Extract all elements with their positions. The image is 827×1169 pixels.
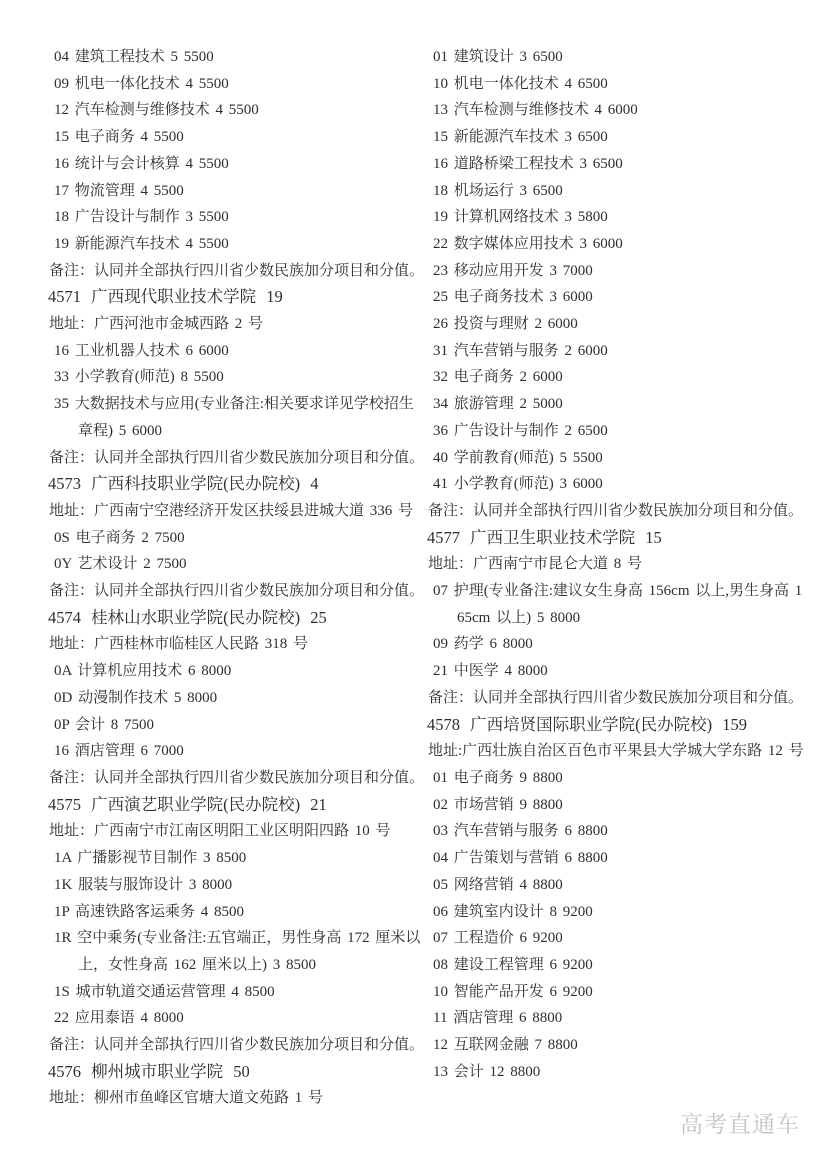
- major-line: 02 市场营销 9 8800: [427, 792, 806, 819]
- major-line: 16 酒店管理 6 7000: [48, 738, 427, 765]
- major-line: 13 汽车检测与维修技术 4 6000: [427, 97, 806, 124]
- major-line: 07 工程造价 6 9200: [427, 925, 806, 952]
- major-line: 09 药学 6 8000: [427, 631, 806, 658]
- major-line: 22 数字媒体应用技术 3 6000: [427, 231, 806, 258]
- watermark-gaokao-zhitongche: 高考直通车: [680, 1112, 800, 1138]
- major-line: 07 护理(专业备注:建议女生身高 156cm 以上,男生身高 165cm 以上…: [427, 578, 806, 631]
- school-heading: 4575 广西演艺职业学院(民办院校) 21: [48, 792, 427, 819]
- major-line: 0Y 艺术设计 2 7500: [48, 551, 427, 578]
- major-line: 35 大数据技术与应用(专业备注:相关要求详见学校招生章程) 5 6000: [48, 391, 427, 444]
- major-line: 15 新能源汽车技术 3 6500: [427, 124, 806, 151]
- major-line: 1K 服装与服饰设计 3 8000: [48, 872, 427, 899]
- major-line: 22 应用泰语 4 8000: [48, 1005, 427, 1032]
- major-line: 31 汽车营销与服务 2 6000: [427, 338, 806, 365]
- major-line: 33 小学教育(师范) 8 5500: [48, 364, 427, 391]
- address-line: 地址：广西南宁市昆仑大道 8 号: [427, 551, 806, 578]
- major-line: 40 学前教育(师范) 5 5500: [427, 445, 806, 472]
- major-line: 25 电子商务技术 3 6000: [427, 284, 806, 311]
- major-line: 23 移动应用开发 3 7000: [427, 258, 806, 285]
- major-line: 04 广告策划与营销 6 8800: [427, 845, 806, 872]
- major-line: 19 新能源汽车技术 4 5500: [48, 231, 427, 258]
- remark-line: 备注：认同并全部执行四川省少数民族加分项目和分值。: [427, 498, 806, 525]
- major-line: 26 投资与理财 2 6000: [427, 311, 806, 338]
- admission-plan-page: 04 建筑工程技术 5 550009 机电一体化技术 4 550012 汽车检测…: [0, 0, 827, 1169]
- major-line: 21 中医学 4 8000: [427, 658, 806, 685]
- major-line: 05 网络营销 4 8800: [427, 872, 806, 899]
- major-line: 32 电子商务 2 6000: [427, 364, 806, 391]
- remark-line: 备注：认同并全部执行四川省少数民族加分项目和分值。: [48, 578, 427, 605]
- major-line: 1A 广播影视节目制作 3 8500: [48, 845, 427, 872]
- school-heading: 4574 桂林山水职业学院(民办院校) 25: [48, 605, 427, 632]
- major-line: 0A 计算机应用技术 6 8000: [48, 658, 427, 685]
- major-line: 03 汽车营销与服务 6 8800: [427, 818, 806, 845]
- major-line: 11 酒店管理 6 8800: [427, 1005, 806, 1032]
- major-line: 13 会计 12 8800: [427, 1059, 806, 1086]
- major-line: 16 道路桥梁工程技术 3 6500: [427, 151, 806, 178]
- major-line: 0P 会计 8 7500: [48, 712, 427, 739]
- major-line: 1P 高速铁路客运乘务 4 8500: [48, 899, 427, 926]
- address-line: 地址：广西桂林市临桂区人民路 318 号: [48, 631, 427, 658]
- major-line: 12 汽车检测与维修技术 4 5500: [48, 97, 427, 124]
- address-line: 地址：广西南宁市江南区明阳工业区明阳四路 10 号: [48, 818, 427, 845]
- major-line: 16 统计与会计核算 4 5500: [48, 151, 427, 178]
- major-line: 10 智能产品开发 6 9200: [427, 979, 806, 1006]
- major-line: 19 计算机网络技术 3 5800: [427, 204, 806, 231]
- major-line: 12 互联网金融 7 8800: [427, 1032, 806, 1059]
- major-line: 36 广告设计与制作 2 6500: [427, 418, 806, 445]
- address-line: 地址：柳州市鱼峰区官塘大道文苑路 1 号: [48, 1085, 427, 1112]
- major-line: 06 建筑室内设计 8 9200: [427, 899, 806, 926]
- major-line: 17 物流管理 4 5500: [48, 178, 427, 205]
- remark-line: 备注：认同并全部执行四川省少数民族加分项目和分值。: [48, 1032, 427, 1059]
- major-line: 18 广告设计与制作 3 5500: [48, 204, 427, 231]
- remark-line: 备注：认同并全部执行四川省少数民族加分项目和分值。: [48, 765, 427, 792]
- address-line: 地址:广西壮族自治区百色市平果县大学城大学东路 12 号: [427, 738, 806, 765]
- remark-line: 备注：认同并全部执行四川省少数民族加分项目和分值。: [48, 258, 427, 285]
- school-heading: 4573 广西科技职业学院(民办院校) 4: [48, 471, 427, 498]
- major-line: 41 小学教育(师范) 3 6000: [427, 471, 806, 498]
- remark-line: 备注：认同并全部执行四川省少数民族加分项目和分值。: [427, 685, 806, 712]
- address-line: 地址：广西河池市金城西路 2 号: [48, 311, 427, 338]
- major-line: 10 机电一体化技术 4 6500: [427, 71, 806, 98]
- remark-line: 备注：认同并全部执行四川省少数民族加分项目和分值。: [48, 445, 427, 472]
- major-line: 0S 电子商务 2 7500: [48, 525, 427, 552]
- major-line: 16 工业机器人技术 6 6000: [48, 338, 427, 365]
- major-line: 04 建筑工程技术 5 5500: [48, 44, 427, 71]
- major-line: 0D 动漫制作技术 5 8000: [48, 685, 427, 712]
- major-line: 34 旅游管理 2 5000: [427, 391, 806, 418]
- major-line: 01 电子商务 9 8800: [427, 765, 806, 792]
- school-heading: 4577 广西卫生职业技术学院 15: [427, 525, 806, 552]
- major-line: 1S 城市轨道交通运营管理 4 8500: [48, 979, 427, 1006]
- address-line: 地址：广西南宁空港经济开发区扶绥县进城大道 336 号: [48, 498, 427, 525]
- major-line: 18 机场运行 3 6500: [427, 178, 806, 205]
- school-heading: 4578 广西培贤国际职业学院(民办院校) 159: [427, 712, 806, 739]
- school-heading: 4571 广西现代职业技术学院 19: [48, 284, 427, 311]
- right-column: 01 建筑设计 3 650010 机电一体化技术 4 650013 汽车检测与维…: [427, 44, 806, 1112]
- school-heading: 4576 柳州城市职业学院 50: [48, 1059, 427, 1086]
- left-column: 04 建筑工程技术 5 550009 机电一体化技术 4 550012 汽车检测…: [48, 44, 427, 1112]
- major-line: 01 建筑设计 3 6500: [427, 44, 806, 71]
- major-line: 09 机电一体化技术 4 5500: [48, 71, 427, 98]
- major-line: 1R 空中乘务(专业备注:五官端正，男性身高 172 厘米以上，女性身高 162…: [48, 925, 427, 978]
- content-columns: 04 建筑工程技术 5 550009 机电一体化技术 4 550012 汽车检测…: [48, 44, 806, 1112]
- major-line: 08 建设工程管理 6 9200: [427, 952, 806, 979]
- major-line: 15 电子商务 4 5500: [48, 124, 427, 151]
